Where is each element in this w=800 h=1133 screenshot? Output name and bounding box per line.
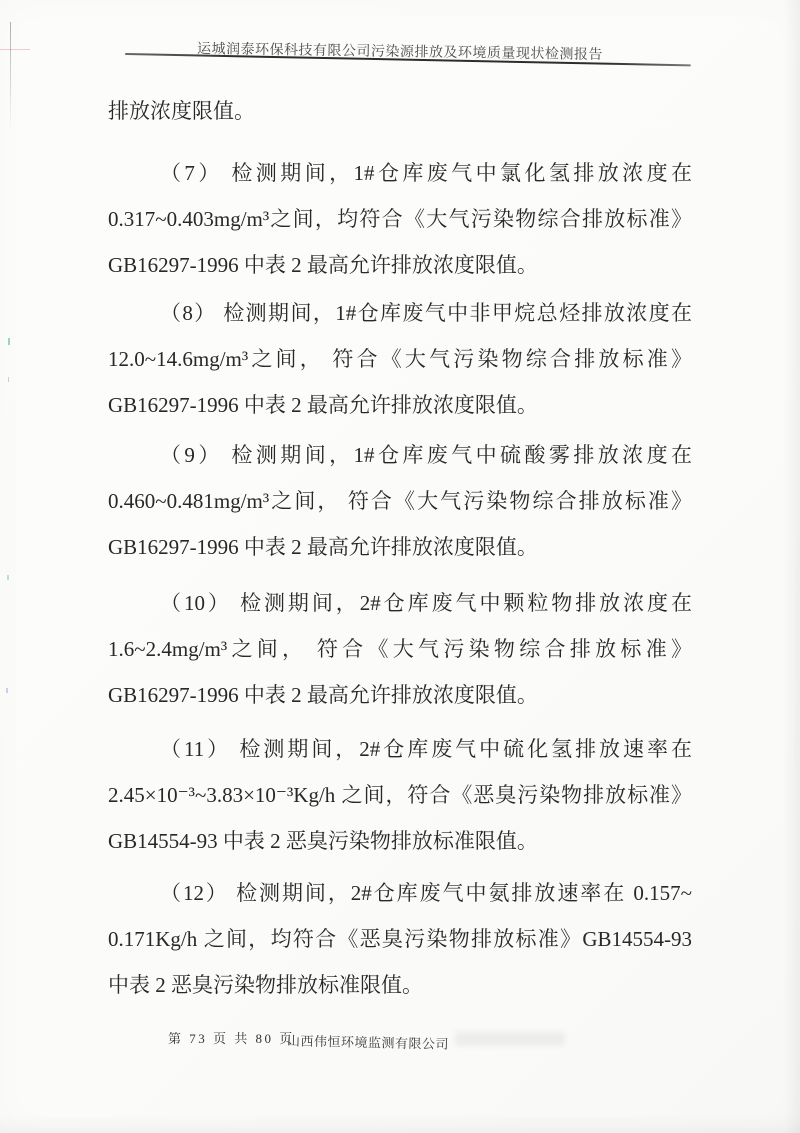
ink-bleed-smudge [455, 1032, 565, 1046]
text-line: GB14554-93 中表 2 恶臭污染物排放标准限值。 [108, 818, 692, 864]
paragraph-10: （10） 检测期间，2#仓库废气中颗粒物排放浓度在 1.6~2.4mg/m³之间… [108, 580, 692, 718]
text-line: 0.317~0.403mg/m³之间，均符合《大气污染物综合排放标准》 [108, 196, 692, 242]
text-line: （11） 检测期间，2#仓库废气中硫化氢排放速率在 [108, 726, 692, 772]
text-line: 12.0~14.6mg/m³之间， 符合《大气污染物综合排放标准》 [108, 336, 692, 382]
paragraph-11: （11） 检测期间，2#仓库废气中硫化氢排放速率在 2.45×10⁻³~3.83… [108, 726, 692, 864]
text-line: （9） 检测期间，1#仓库废气中硫酸雾排放浓度在 [108, 432, 692, 478]
paragraph-9: （9） 检测期间，1#仓库废气中硫酸雾排放浓度在 0.460~0.481mg/m… [108, 432, 692, 570]
paragraph-12: （12） 检测期间，2#仓库废气中氨排放速率在 0.157~ 0.171Kg/h… [108, 870, 692, 1008]
scan-edge-mark [8, 377, 9, 382]
text-line: （12） 检测期间，2#仓库废气中氨排放速率在 0.157~ [108, 870, 692, 916]
text-line: （8） 检测期间，1#仓库废气中非甲烷总烃排放浓度在 [108, 290, 692, 336]
text-line: 2.45×10⁻³~3.83×10⁻³Kg/h 之间，符合《恶臭污染物排放标准》 [108, 772, 692, 818]
scan-edge-mark [6, 688, 8, 693]
text-line: 中表 2 恶臭污染物排放标准限值。 [108, 962, 692, 1008]
text-line: GB16297-1996 中表 2 最高允许排放浓度限值。 [108, 524, 692, 570]
footer-page-number: 第 73 页 共 80 页 [168, 1028, 295, 1047]
text-line: （10） 检测期间，2#仓库废气中颗粒物排放浓度在 [108, 580, 692, 626]
scan-edge-shadow [0, 1115, 800, 1133]
footer-company-name: 山西伟恒环境监测有限公司 [287, 1030, 449, 1052]
scan-edge-mark [8, 338, 10, 345]
text-line: 排放浓度限值。 [108, 88, 692, 134]
scanned-report-page: 运城润泰环保科技有限公司污染源排放及环境质量现状检测报告 排放浓度限值。 （7）… [0, 0, 800, 1133]
scan-edge-shadow [784, 0, 800, 1133]
text-line: 0.171Kg/h 之间，均符合《恶臭污染物排放标准》GB14554-93 [108, 916, 692, 962]
text-line: GB16297-1996 中表 2 最高允许排放浓度限值。 [108, 382, 692, 428]
text-line: 0.460~0.481mg/m³之间， 符合《大气污染物综合排放标准》 [108, 478, 692, 524]
paragraph-8: （8） 检测期间，1#仓库废气中非甲烷总烃排放浓度在 12.0~14.6mg/m… [108, 290, 692, 428]
report-body: 排放浓度限值。 （7） 检测期间，1#仓库废气中氯化氢排放浓度在 0.317~0… [108, 88, 692, 1008]
scan-edge-mark [7, 575, 9, 580]
text-line: 1.6~2.4mg/m³之间， 符合《大气污染物综合排放标准》 [108, 626, 692, 672]
text-line: （7） 检测期间，1#仓库废气中氯化氢排放浓度在 [108, 150, 692, 196]
paragraph-continuation: 排放浓度限值。 [108, 88, 692, 134]
paragraph-7: （7） 检测期间，1#仓库废气中氯化氢排放浓度在 0.317~0.403mg/m… [108, 150, 692, 288]
page-header-title: 运城润泰环保科技有限公司污染源排放及环境质量现状检测报告 [0, 35, 800, 67]
text-line: GB16297-1996 中表 2 最高允许排放浓度限值。 [108, 242, 692, 288]
text-line: GB16297-1996 中表 2 最高允许排放浓度限值。 [108, 672, 692, 718]
